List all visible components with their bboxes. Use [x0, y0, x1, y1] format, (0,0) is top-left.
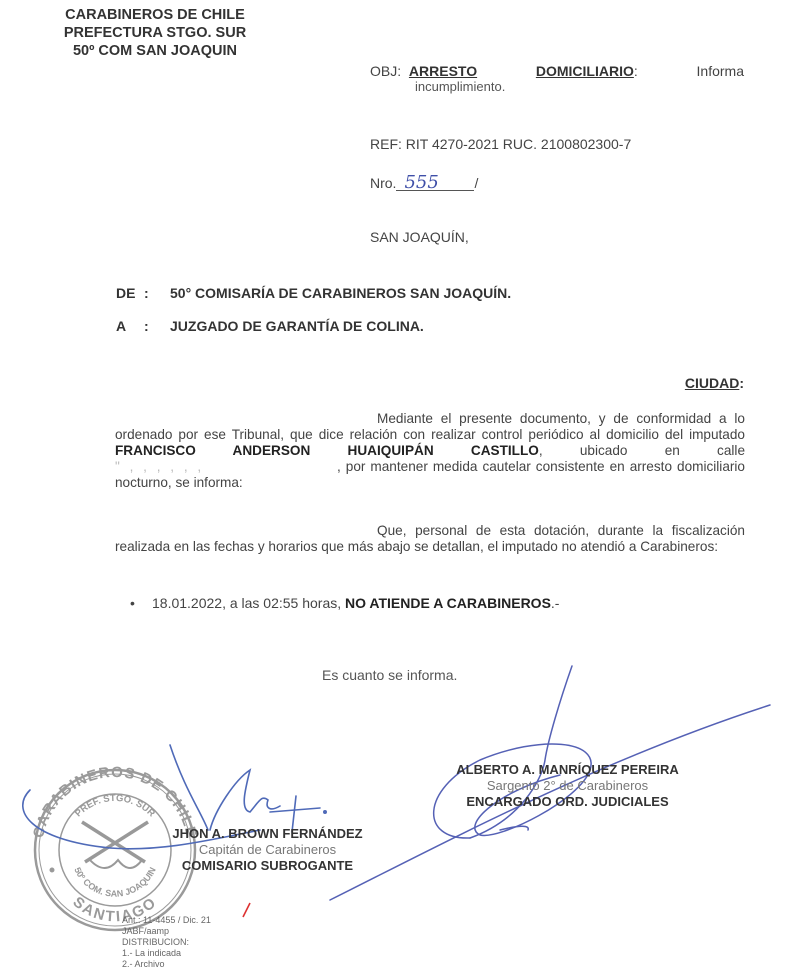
- subject-block: OBJ: ARRESTO DOMICILIARIO: Informa incum…: [370, 63, 744, 95]
- header-line-2: PREFECTURA STGO. SUR: [40, 24, 270, 42]
- list-item: •18.01.2022, a las 02:55 horas, NO ATIEN…: [130, 595, 559, 611]
- nro-suffix: /: [474, 175, 478, 191]
- obj-subject-2: DOMICILIARIO: [536, 63, 634, 79]
- bullet-text: 18.01.2022, a las 02:55 horas,: [152, 595, 341, 611]
- footer-ref: Ant.: 11-4455 / Dic. 21: [122, 915, 211, 926]
- signatory-name: ALBERTO A. MANRÍQUEZ PEREIRA: [440, 762, 695, 778]
- svg-text:50º COM. SAN JOAQUIN: 50º COM. SAN JOAQUIN: [72, 866, 157, 899]
- distribution-footer: Ant.: 11-4455 / Dic. 21 JABF/aamp DISTRI…: [122, 915, 211, 970]
- obj-label: OBJ:: [370, 63, 401, 79]
- from-colon: :: [144, 285, 170, 301]
- institution-header: CARABINEROS DE CHILE PREFECTURA STGO. SU…: [40, 6, 270, 60]
- signatory-role: COMISARIO SUBROGANTE: [155, 858, 380, 874]
- obj-word-informa: Informa: [697, 63, 744, 79]
- footer-initials: JABF/aamp: [122, 926, 211, 937]
- reference-line: REF: RIT 4270-2021 RUC. 2100802300-7: [370, 136, 631, 152]
- p1-text-a: Mediante el presente documento, y de con…: [115, 411, 745, 442]
- defendant-name: FRANCISCO ANDERSON HUAIQUIPÁN CASTILLO: [115, 443, 539, 458]
- bullet-suffix: .-: [551, 595, 560, 611]
- signatory-rank: Sargento 2° de Carabineros: [440, 778, 695, 794]
- header-line-1: CARABINEROS DE CHILE: [40, 6, 270, 24]
- header-line-3: 50º COM SAN JOAQUIN: [40, 42, 270, 60]
- signatory-left: JHON A. BROWN FERNÁNDEZ Capitán de Carab…: [155, 826, 380, 874]
- closing-line: Es cuanto se informa.: [322, 667, 457, 683]
- nro-handwritten-value: 555: [396, 176, 474, 191]
- body-paragraph-1: Mediante el presente documento, y de con…: [115, 411, 745, 491]
- signatory-role: ENCARGADO ORD. JUDICIALES: [440, 794, 695, 810]
- footer-distribution-1: 1.- La indicada: [122, 948, 211, 959]
- red-check-mark-icon: [243, 903, 250, 917]
- bullet-bold: NO ATIENDE A CARABINEROS: [345, 595, 551, 611]
- bullet-icon: •: [130, 595, 152, 611]
- footer-distribution-2: 2.- Archivo: [122, 959, 211, 970]
- signatory-name: JHON A. BROWN FERNÁNDEZ: [155, 826, 380, 842]
- footer-distribution-label: DISTRIBUCION:: [122, 937, 211, 948]
- from-label: DE: [116, 285, 144, 301]
- stamp-inner-top: PREF. STGO. SUR: [73, 793, 157, 819]
- stamp-inner-bottom: 50º COM. SAN JOAQUIN: [72, 866, 157, 899]
- salutation-text: CIUDAD: [685, 375, 739, 391]
- to-label: A: [116, 318, 144, 334]
- p1-text-b: , ubicado en calle: [539, 443, 745, 458]
- signatory-right: ALBERTO A. MANRÍQUEZ PEREIRA Sargento 2°…: [440, 762, 695, 810]
- to-value: JUZGADO DE GARANTÍA DE COLINA.: [170, 318, 424, 334]
- signatory-rank: Capitán de Carabineros: [155, 842, 380, 858]
- from-value: 50° COMISARÍA DE CARABINEROS SAN JOAQUÍN…: [170, 285, 511, 301]
- city-date-line: SAN JOAQUÍN,: [370, 229, 469, 245]
- p2-text: Que, personal de esta dotación, durante …: [115, 523, 745, 554]
- body-paragraph-2: Que, personal de esta dotación, durante …: [115, 523, 745, 555]
- from-line: DE:50° COMISARÍA DE CARABINEROS SAN JOAQ…: [116, 285, 511, 301]
- document-number: Nro.555/: [370, 175, 478, 191]
- svg-text:PREF. STGO. SUR: PREF. STGO. SUR: [73, 793, 157, 819]
- obj-colon: :: [634, 63, 638, 79]
- nro-label: Nro.: [370, 175, 396, 191]
- obj-subject-1: ARRESTO: [409, 63, 477, 79]
- redacted-address: " , , , , , ,: [115, 459, 337, 475]
- to-colon: :: [144, 318, 170, 334]
- salutation: CIUDAD:: [685, 375, 744, 391]
- salutation-colon: :: [739, 375, 744, 391]
- obj-line-2: incumplimiento.: [370, 79, 744, 95]
- to-line: A:JUZGADO DE GARANTÍA DE COLINA.: [116, 318, 424, 334]
